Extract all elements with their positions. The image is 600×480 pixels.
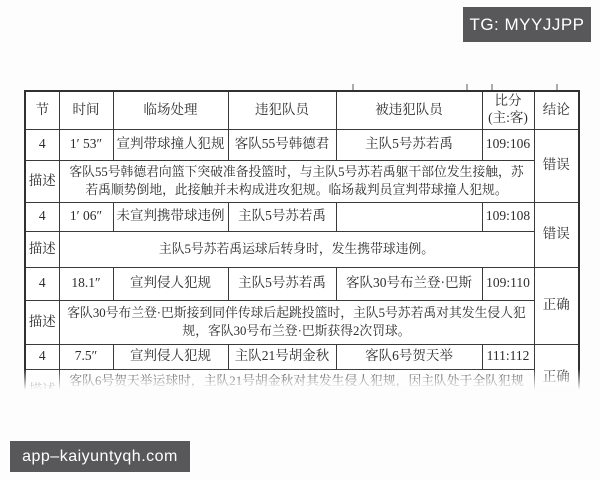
description-text-cell: 主队5号苏若禹运球后转身时，发生携带球违例。 [59,231,534,267]
score-cell: 109:106 [482,129,534,160]
description-label-cell: 描述 [25,231,59,267]
header-row: 节 时间 临场处理 违犯队员 被违犯队员 比分 (主:客) 结论 [25,91,579,129]
header-time: 时间 [59,91,113,129]
description-text-cell: 客队55号韩德君向篮下突破准备投篮时，与主队5号苏若禹躯干部位发生接触，苏若禹顺… [59,160,534,202]
offended-cell: 主队5号苏若禹 [336,129,482,160]
time-cell: 7.5″ [59,344,113,369]
referee-report-table-container: 节 时间 临场处理 违犯队员 被违犯队员 比分 (主:客) 结论 4 1′ 53… [24,90,580,395]
offender-cell: 主队5号苏若禹 [228,202,336,231]
score-cell: 111:112 [482,344,534,369]
description-label-cell: 描述 [25,300,59,344]
offended-cell [336,202,482,231]
description-row: 描述 客队30号布兰登·巴斯接到同伴传球后起跳投篮时，主队5号苏若禹对其发生侵人… [25,300,579,344]
conclusion-cell: 正确 [534,344,579,395]
report-page: { "badges": { "telegram": "TG: MYYJJPP",… [0,0,600,480]
ruling-cell: 宣判带球撞人犯规 [113,129,228,160]
header-ruling: 临场处理 [113,91,228,129]
description-row: 描述 主队5号苏若禹运球后转身时，发生携带球违例。 [25,231,579,267]
header-score: 比分 (主:客) [482,91,534,129]
description-text-cell: 客队30号布兰登·巴斯接到同伴传球后起跳投篮时，主队5号苏若禹对其发生侵人犯规，… [59,300,534,344]
description-label-cell: 描述 [25,369,59,395]
table-row: 4 1′ 53″ 宣判带球撞人犯规 客队55号韩德君 主队5号苏若禹 109:1… [25,129,579,160]
description-text-cell: 客队6号贺天举运球时，主队21号胡金秋对其发生侵人犯规，因主队处于全队犯规处罚状… [59,369,534,395]
quarter-cell: 4 [25,344,59,369]
conclusion-cell: 错误 [534,129,579,202]
description-row: 描述 客队6号贺天举运球时，主队21号胡金秋对其发生侵人犯规，因主队处于全队犯规… [25,369,579,395]
header-conclusion: 结论 [534,91,579,129]
ruling-cell: 宣判侵人犯规 [113,344,228,369]
score-cell: 109:110 [482,267,534,300]
header-score-line2: (主:客) [485,110,532,127]
table-row: 4 7.5″ 宣判侵人犯规 主队21号胡金秋 客队6号贺天举 111:112 正… [25,344,579,369]
ruling-cell: 宣判侵人犯规 [113,267,228,300]
offended-cell: 客队30号布兰登·巴斯 [336,267,482,300]
conclusion-cell: 正确 [534,267,579,344]
conclusion-cell: 错误 [534,202,579,267]
offender-cell: 主队5号苏若禹 [228,267,336,300]
description-label-cell: 描述 [25,160,59,202]
offender-cell: 客队55号韩德君 [228,129,336,160]
ruling-cell: 未宣判携带球违例 [113,202,228,231]
description-row: 描述 客队55号韩德君向篮下突破准备投篮时，与主队5号苏若禹躯干部位发生接触，苏… [25,160,579,202]
offended-cell: 客队6号贺天举 [336,344,482,369]
table-row: 4 18.1″ 宣判侵人犯规 主队5号苏若禹 客队30号布兰登·巴斯 109:1… [25,267,579,300]
quarter-cell: 4 [25,267,59,300]
header-offender: 违犯队员 [228,91,336,129]
table-row: 4 1′ 06″ 未宣判携带球违例 主队5号苏若禹 109:108 错误 [25,202,579,231]
time-cell: 1′ 53″ [59,129,113,160]
score-cell: 109:108 [482,202,534,231]
header-quarter: 节 [25,91,59,129]
quarter-cell: 4 [25,129,59,160]
quarter-cell: 4 [25,202,59,231]
header-score-line1: 比分 [485,93,532,110]
telegram-watermark-badge: TG: MYYJJPP [463,7,591,42]
referee-report-table: 节 时间 临场处理 违犯队员 被违犯队员 比分 (主:客) 结论 4 1′ 53… [24,90,580,395]
time-cell: 1′ 06″ [59,202,113,231]
header-offended: 被违犯队员 [336,91,482,129]
time-cell: 18.1″ [59,267,113,300]
offender-cell: 主队21号胡金秋 [228,344,336,369]
website-watermark-badge: app–kaiyuntyqh.com [10,441,190,472]
